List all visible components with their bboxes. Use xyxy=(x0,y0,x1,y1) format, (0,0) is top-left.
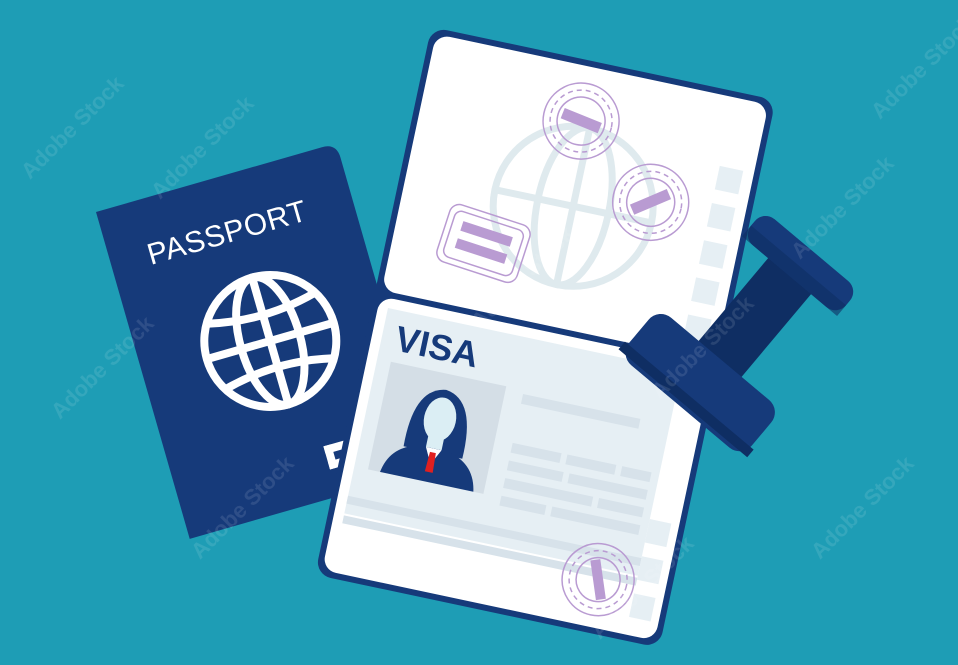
passport-visa-illustration: PASSPORT xyxy=(0,0,958,665)
svg-text:Adobe Stock: Adobe Stock xyxy=(866,10,958,123)
svg-text:Adobe Stock: Adobe Stock xyxy=(786,150,899,263)
svg-text:Adobe Stock: Adobe Stock xyxy=(806,450,919,563)
illustration-canvas: PASSPORT xyxy=(0,0,958,665)
svg-text:Adobe Stock: Adobe Stock xyxy=(16,70,129,183)
